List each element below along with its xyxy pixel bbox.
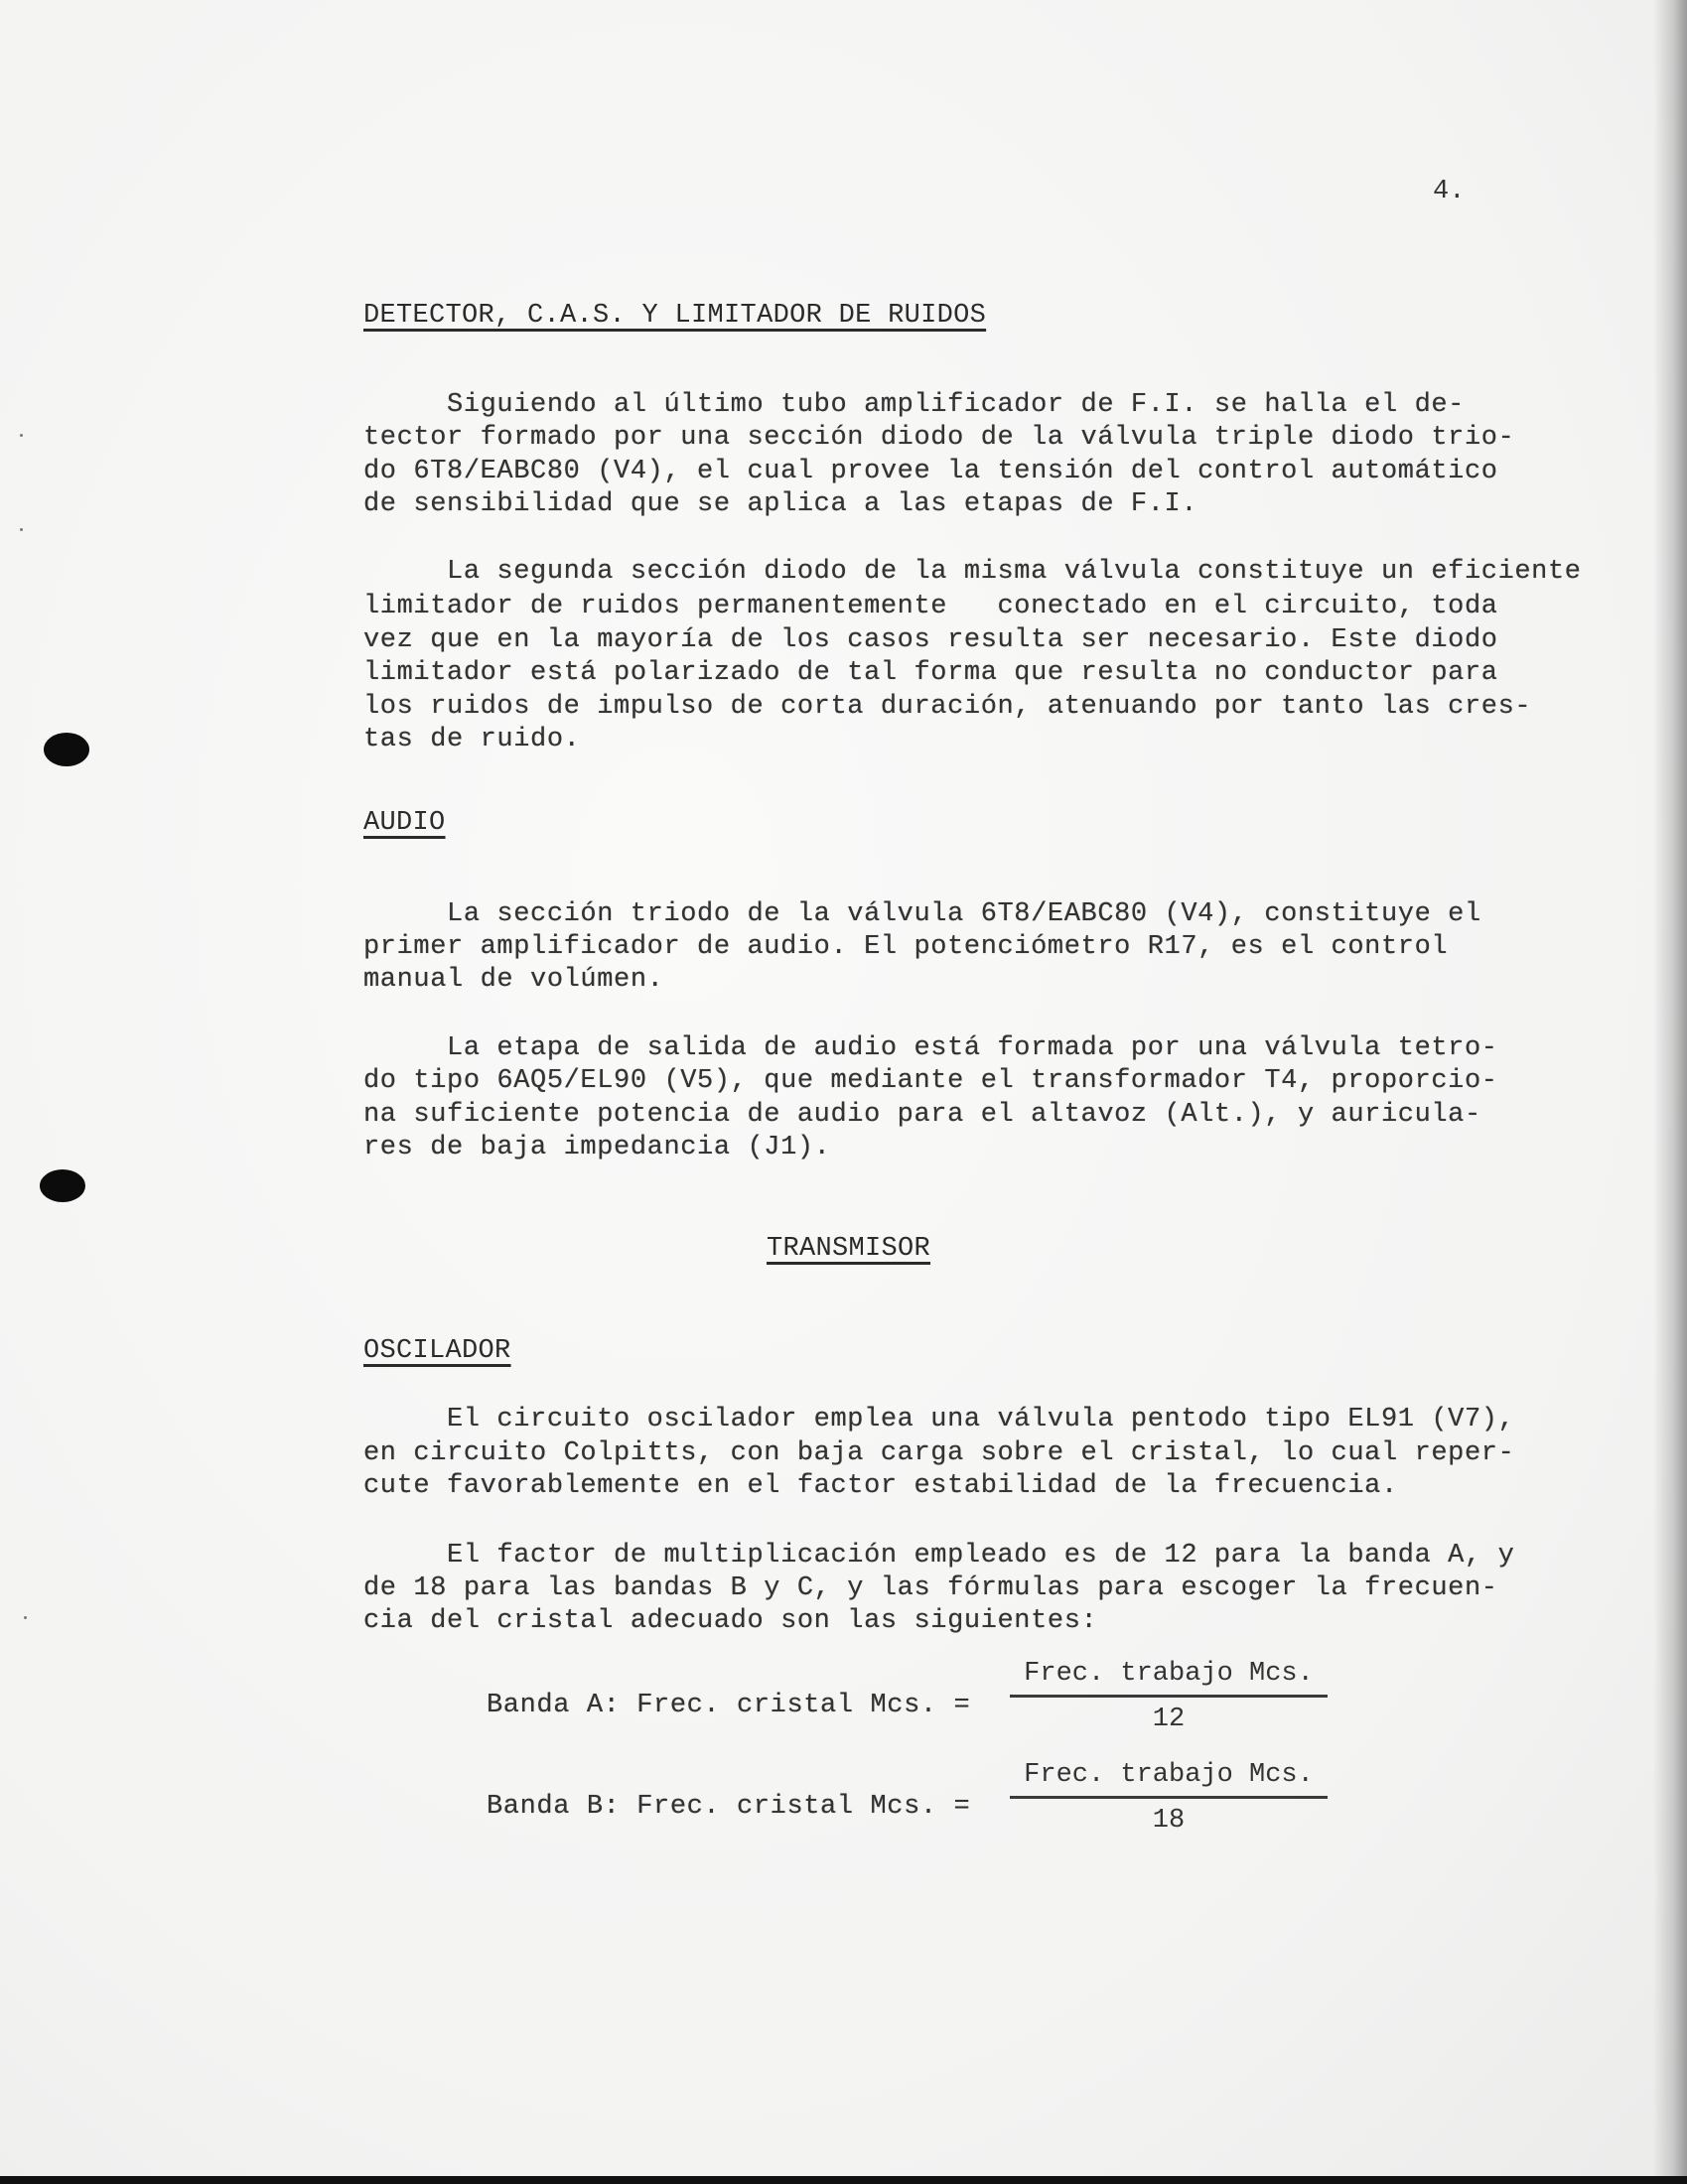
fraction: Frec. trabajo Mcs. 18 <box>1010 1759 1328 1838</box>
text-line: de 18 para las bandas B y C, y las fórmu… <box>363 1572 1498 1605</box>
fraction: Frec. trabajo Mcs. 12 <box>1010 1658 1328 1736</box>
formula-label: Banda B: Frec. cristal Mcs. = <box>487 1791 970 1824</box>
text-line: do 6T8/EABC80 (V4), el cual provee la te… <box>363 456 1498 488</box>
heading-detector: DETECTOR, C.A.S. Y LIMITADOR DE RUIDOS <box>363 300 986 333</box>
scanned-page: 4. DETECTOR, C.A.S. Y LIMITADOR DE RUIDO… <box>0 0 1687 2184</box>
speck <box>20 528 23 531</box>
page-edge-shadow <box>1653 0 1687 2184</box>
fraction-denominator: 18 <box>1010 1805 1328 1838</box>
text-line: los ruidos de impulso de corta duración,… <box>363 691 1531 724</box>
text-line: res de baja impedancia (J1). <box>363 1132 830 1164</box>
text-line: La segunda sección diodo de la misma vál… <box>363 556 1582 589</box>
formula-label: Banda A: Frec. cristal Mcs. = <box>487 1690 970 1722</box>
text-line: El circuito oscilador emplea una válvula… <box>363 1404 1514 1436</box>
speck <box>24 1616 27 1619</box>
text-line: limitador de ruidos permanentemente cone… <box>363 591 1498 623</box>
text-line: tector formado por una sección diodo de … <box>363 422 1514 455</box>
text-line: El factor de multiplicación empleado es … <box>363 1540 1514 1572</box>
heading-audio: AUDIO <box>363 807 446 840</box>
punch-hole-bottom <box>40 1169 85 1202</box>
fraction-bar <box>1010 1695 1328 1698</box>
fraction-bar <box>1010 1796 1328 1799</box>
text-line: en circuito Colpitts, con baja carga sob… <box>363 1437 1514 1470</box>
page-bottom-edge <box>0 2176 1687 2184</box>
text-line: La sección triodo de la válvula 6T8/EABC… <box>363 898 1481 931</box>
text-line: primer amplificador de audio. El potenci… <box>363 931 1448 964</box>
fraction-numerator: Frec. trabajo Mcs. <box>1010 1759 1328 1792</box>
fraction-numerator: Frec. trabajo Mcs. <box>1010 1658 1328 1691</box>
heading-oscilador: OSCILADOR <box>363 1335 511 1368</box>
page-number: 4. <box>1433 177 1465 206</box>
text-line: na suficiente potencia de audio para el … <box>363 1099 1481 1132</box>
text-line: La etapa de salida de audio está formada… <box>363 1032 1498 1065</box>
text-line: vez que en la mayoría de los casos resul… <box>363 624 1498 657</box>
text-line: Siguiendo al último tubo amplificador de… <box>363 389 1465 422</box>
fraction-denominator: 12 <box>1010 1704 1328 1736</box>
heading-transmisor: TRANSMISOR <box>767 1233 930 1266</box>
punch-hole-top <box>44 733 89 766</box>
text-line: do tipo 6AQ5/EL90 (V5), que mediante el … <box>363 1065 1498 1098</box>
text-line: cute favorablemente en el factor estabil… <box>363 1470 1398 1503</box>
text-line: tas de ruido. <box>363 724 580 756</box>
text-line: manual de volúmen. <box>363 964 663 997</box>
text-line: limitador está polarizado de tal forma q… <box>363 657 1498 690</box>
text-line: cia del cristal adecuado son las siguien… <box>363 1605 1097 1638</box>
text-line: de sensibilidad que se aplica a las etap… <box>363 488 1197 521</box>
speck <box>20 434 23 437</box>
